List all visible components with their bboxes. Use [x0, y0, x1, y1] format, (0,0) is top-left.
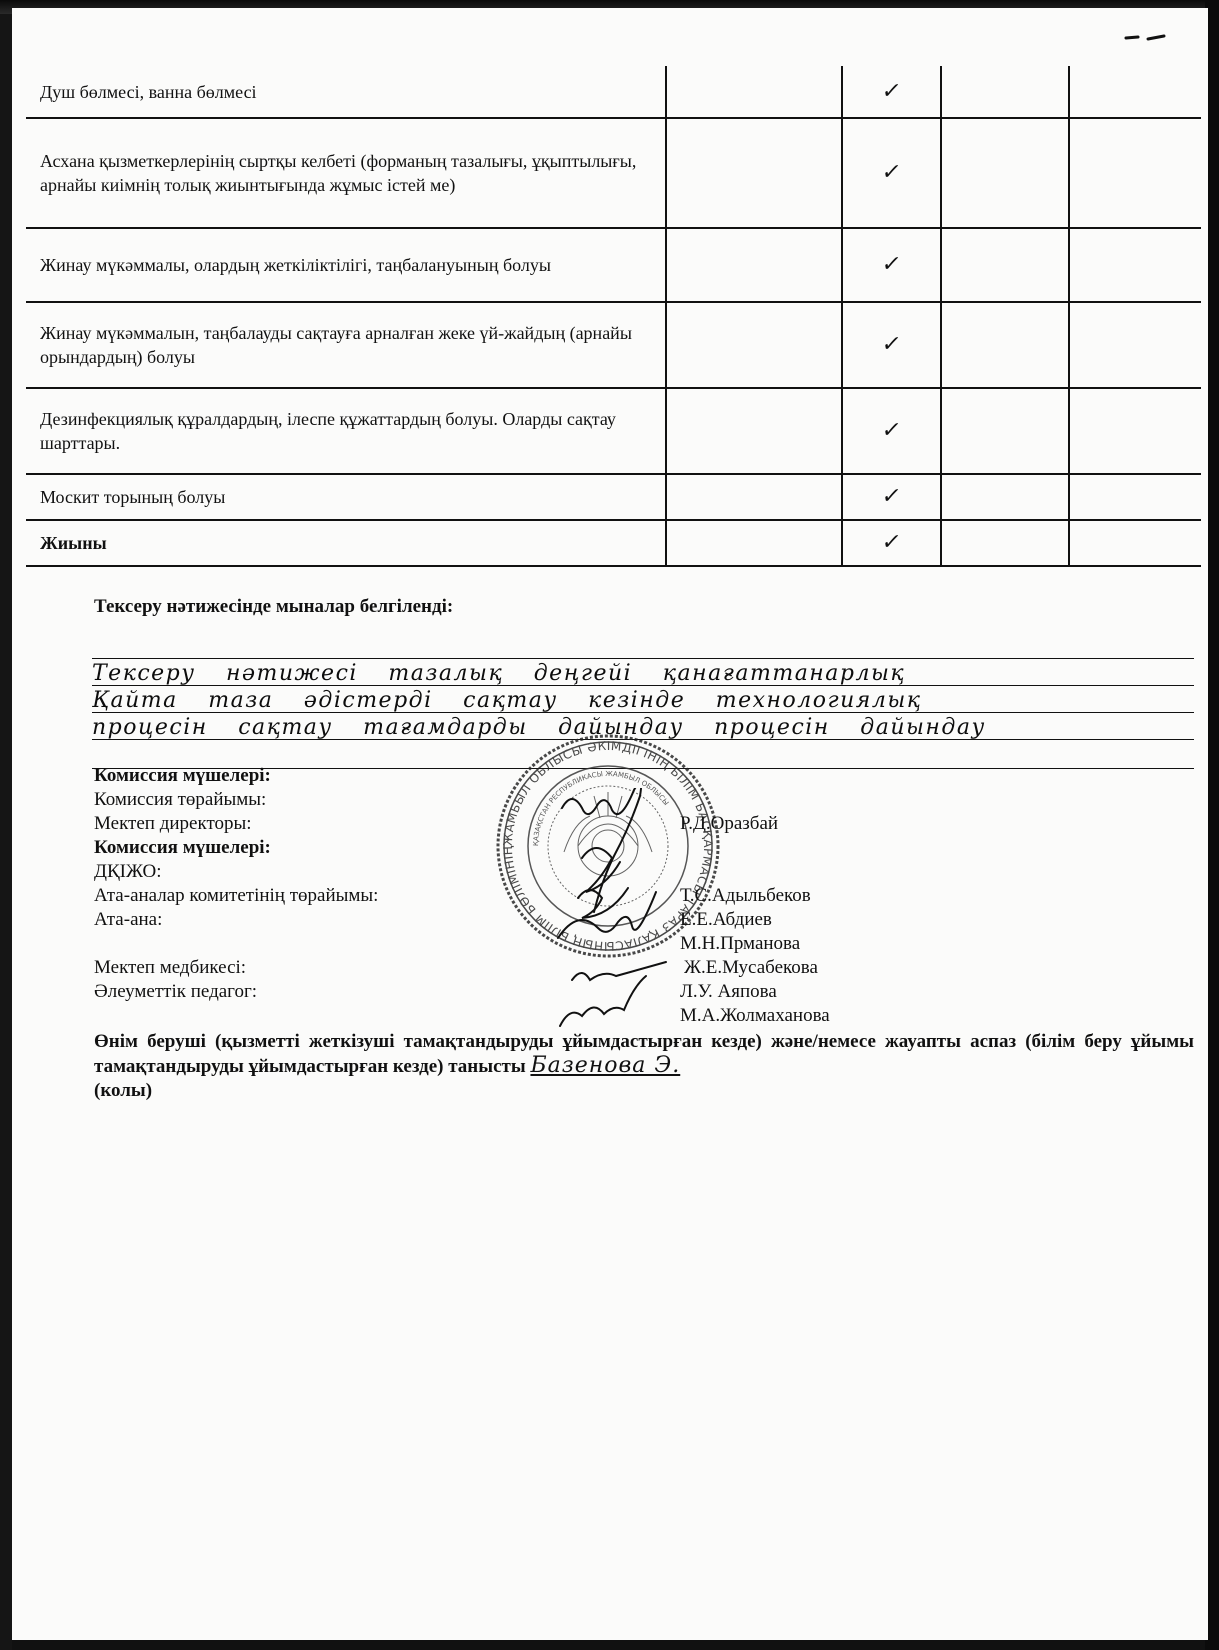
- checklist-cell-mark: ✓: [842, 474, 941, 520]
- checklist-row: Душ бөлмесі, ванна бөлмесі✓: [26, 66, 1201, 118]
- checkmark-icon: ✓: [880, 80, 903, 104]
- checklist-cell-mark: ✓: [842, 388, 941, 474]
- provider-signature: Базенова Э.: [530, 1053, 680, 1078]
- checklist-cell-empty: [666, 520, 842, 566]
- checklist-cell-empty: [1069, 474, 1201, 520]
- checklist-row: Жиыны✓: [26, 520, 1201, 566]
- checklist-cell-empty: [1069, 388, 1201, 474]
- signatures-icon: [552, 788, 682, 1028]
- members-heading: Комиссия мүшелері:: [94, 836, 378, 860]
- chair-label: Комиссия төрайымы:: [94, 788, 378, 812]
- spacer: [94, 932, 378, 956]
- checklist-row: Жинау мүкәммалы, олардың жеткіліктілігі,…: [26, 228, 1201, 302]
- nurse-label: Мектеп медбикесі:: [94, 956, 378, 980]
- checklist-cell-empty: [941, 66, 1069, 118]
- document-page: Душ бөлмесі, ванна бөлмесі✓Асхана қызмет…: [12, 8, 1208, 1640]
- checklist-cell-empty: [666, 474, 842, 520]
- checklist-cell-empty: [941, 228, 1069, 302]
- checklist-cell-empty: [1069, 118, 1201, 228]
- signature-label: (колы): [94, 1080, 152, 1101]
- checklist-cell-empty: [1069, 228, 1201, 302]
- notes-line-blank: [92, 630, 1194, 659]
- checklist-cell-empty: [666, 228, 842, 302]
- checklist-cell-mark: ✓: [842, 228, 941, 302]
- checklist-item-label: Дезинфекциялық құралдардың, ілеспе құжат…: [26, 388, 666, 474]
- checklist-cell-empty: [941, 474, 1069, 520]
- parent-name-2: Ж.Е.Мусабекова: [680, 956, 830, 980]
- checklist-cell-empty: [1069, 302, 1201, 388]
- director-label: Мектеп директоры:: [94, 812, 378, 836]
- checklist-item-label: Асхана қызметкерлерінің сыртқы келбеті (…: [26, 118, 666, 228]
- checklist-cell-empty: [941, 520, 1069, 566]
- scan-edge-left: [0, 0, 12, 1650]
- checklist-cell-empty: [666, 302, 842, 388]
- checkmark-icon: ✓: [880, 161, 903, 185]
- social-pedagogue-label: Әлеуметтік педагог:: [94, 980, 378, 1004]
- checklist-row: Асхана қызметкерлерінің сыртқы келбеті (…: [26, 118, 1201, 228]
- parents-committee-name: Е.Е.Абдиев: [680, 908, 830, 932]
- checkmark-icon: ✓: [880, 253, 903, 277]
- checkmark-icon: ✓: [880, 485, 903, 509]
- nurse-name: Л.У. Аяпова: [680, 980, 830, 1004]
- checklist-cell-empty: [1069, 66, 1201, 118]
- checklist-cell-empty: [941, 302, 1069, 388]
- checklist-cell-mark: ✓: [842, 118, 941, 228]
- checklist-row: Жинау мүкәммалын, таңбалауды сақтауға ар…: [26, 302, 1201, 388]
- commission-labels: Комиссия мүшелері: Комиссия төрайымы: Ме…: [94, 764, 378, 1004]
- parent-label: Ата-ана:: [94, 908, 378, 932]
- checklist-cell-mark: ✓: [842, 520, 941, 566]
- checkmark-icon: ✓: [880, 333, 903, 357]
- checklist-row: Дезинфекциялық құралдардың, ілеспе құжат…: [26, 388, 1201, 474]
- social-pedagogue-name: М.А.Жолмаханова: [680, 1004, 830, 1028]
- checklist-row: Москит торының болуы✓: [26, 474, 1201, 520]
- parent-name-1: М.Н.Прманова: [680, 932, 830, 956]
- notes-line: Тексеру нәтижесі тазалық деңгейі қанағат…: [92, 659, 1194, 686]
- spacer: [680, 836, 830, 860]
- inspection-checklist-table: Душ бөлмесі, ванна бөлмесі✓Асхана қызмет…: [26, 66, 1201, 567]
- dkizho-label: ДҚІЖО:: [94, 860, 378, 884]
- spacer: [680, 860, 830, 884]
- checklist-cell-mark: ✓: [842, 66, 941, 118]
- checkmark-icon: ✓: [880, 419, 903, 443]
- checklist-item-label: Москит торының болуы: [26, 474, 666, 520]
- notes-line: Қайта таза әдістерді сақтау кезінде техн…: [92, 686, 1194, 713]
- checklist-item-label: Жинау мүкәммалы, олардың жеткіліктілігі,…: [26, 228, 666, 302]
- director-name: Р.Д.Оразбай: [680, 812, 830, 836]
- parents-committee-label: Ата-аналар комитетінің төрайымы:: [94, 884, 378, 908]
- checklist-cell-empty: [941, 118, 1069, 228]
- checkmark-icon: ✓: [880, 531, 903, 555]
- checklist-item-label: Душ бөлмесі, ванна бөлмесі: [26, 66, 666, 118]
- commission-names: Р.Д.Оразбай Т.С.Адыльбеков Е.Е.Абдиев М.…: [680, 812, 830, 1028]
- checklist-cell-empty: [1069, 520, 1201, 566]
- checklist-cell-empty: [941, 388, 1069, 474]
- checklist-cell-empty: [666, 388, 842, 474]
- checklist-item-label: Жинау мүкәммалын, таңбалауды сақтауға ар…: [26, 302, 666, 388]
- commission-heading: Комиссия мүшелері:: [94, 764, 378, 788]
- pen-mark-icon: [1124, 34, 1168, 42]
- checklist-cell-empty: [666, 66, 842, 118]
- findings-title: Тексеру нәтижесінде мыналар белгіленді:: [94, 596, 453, 618]
- checklist-cell-mark: ✓: [842, 302, 941, 388]
- checklist-item-label: Жиыны: [26, 520, 666, 566]
- provider-acknowledgement: Өнім беруші (қызметті жеткізуші тамақтан…: [94, 1030, 1194, 1103]
- checklist-cell-empty: [666, 118, 842, 228]
- dkizho-name: Т.С.Адыльбеков: [680, 884, 830, 908]
